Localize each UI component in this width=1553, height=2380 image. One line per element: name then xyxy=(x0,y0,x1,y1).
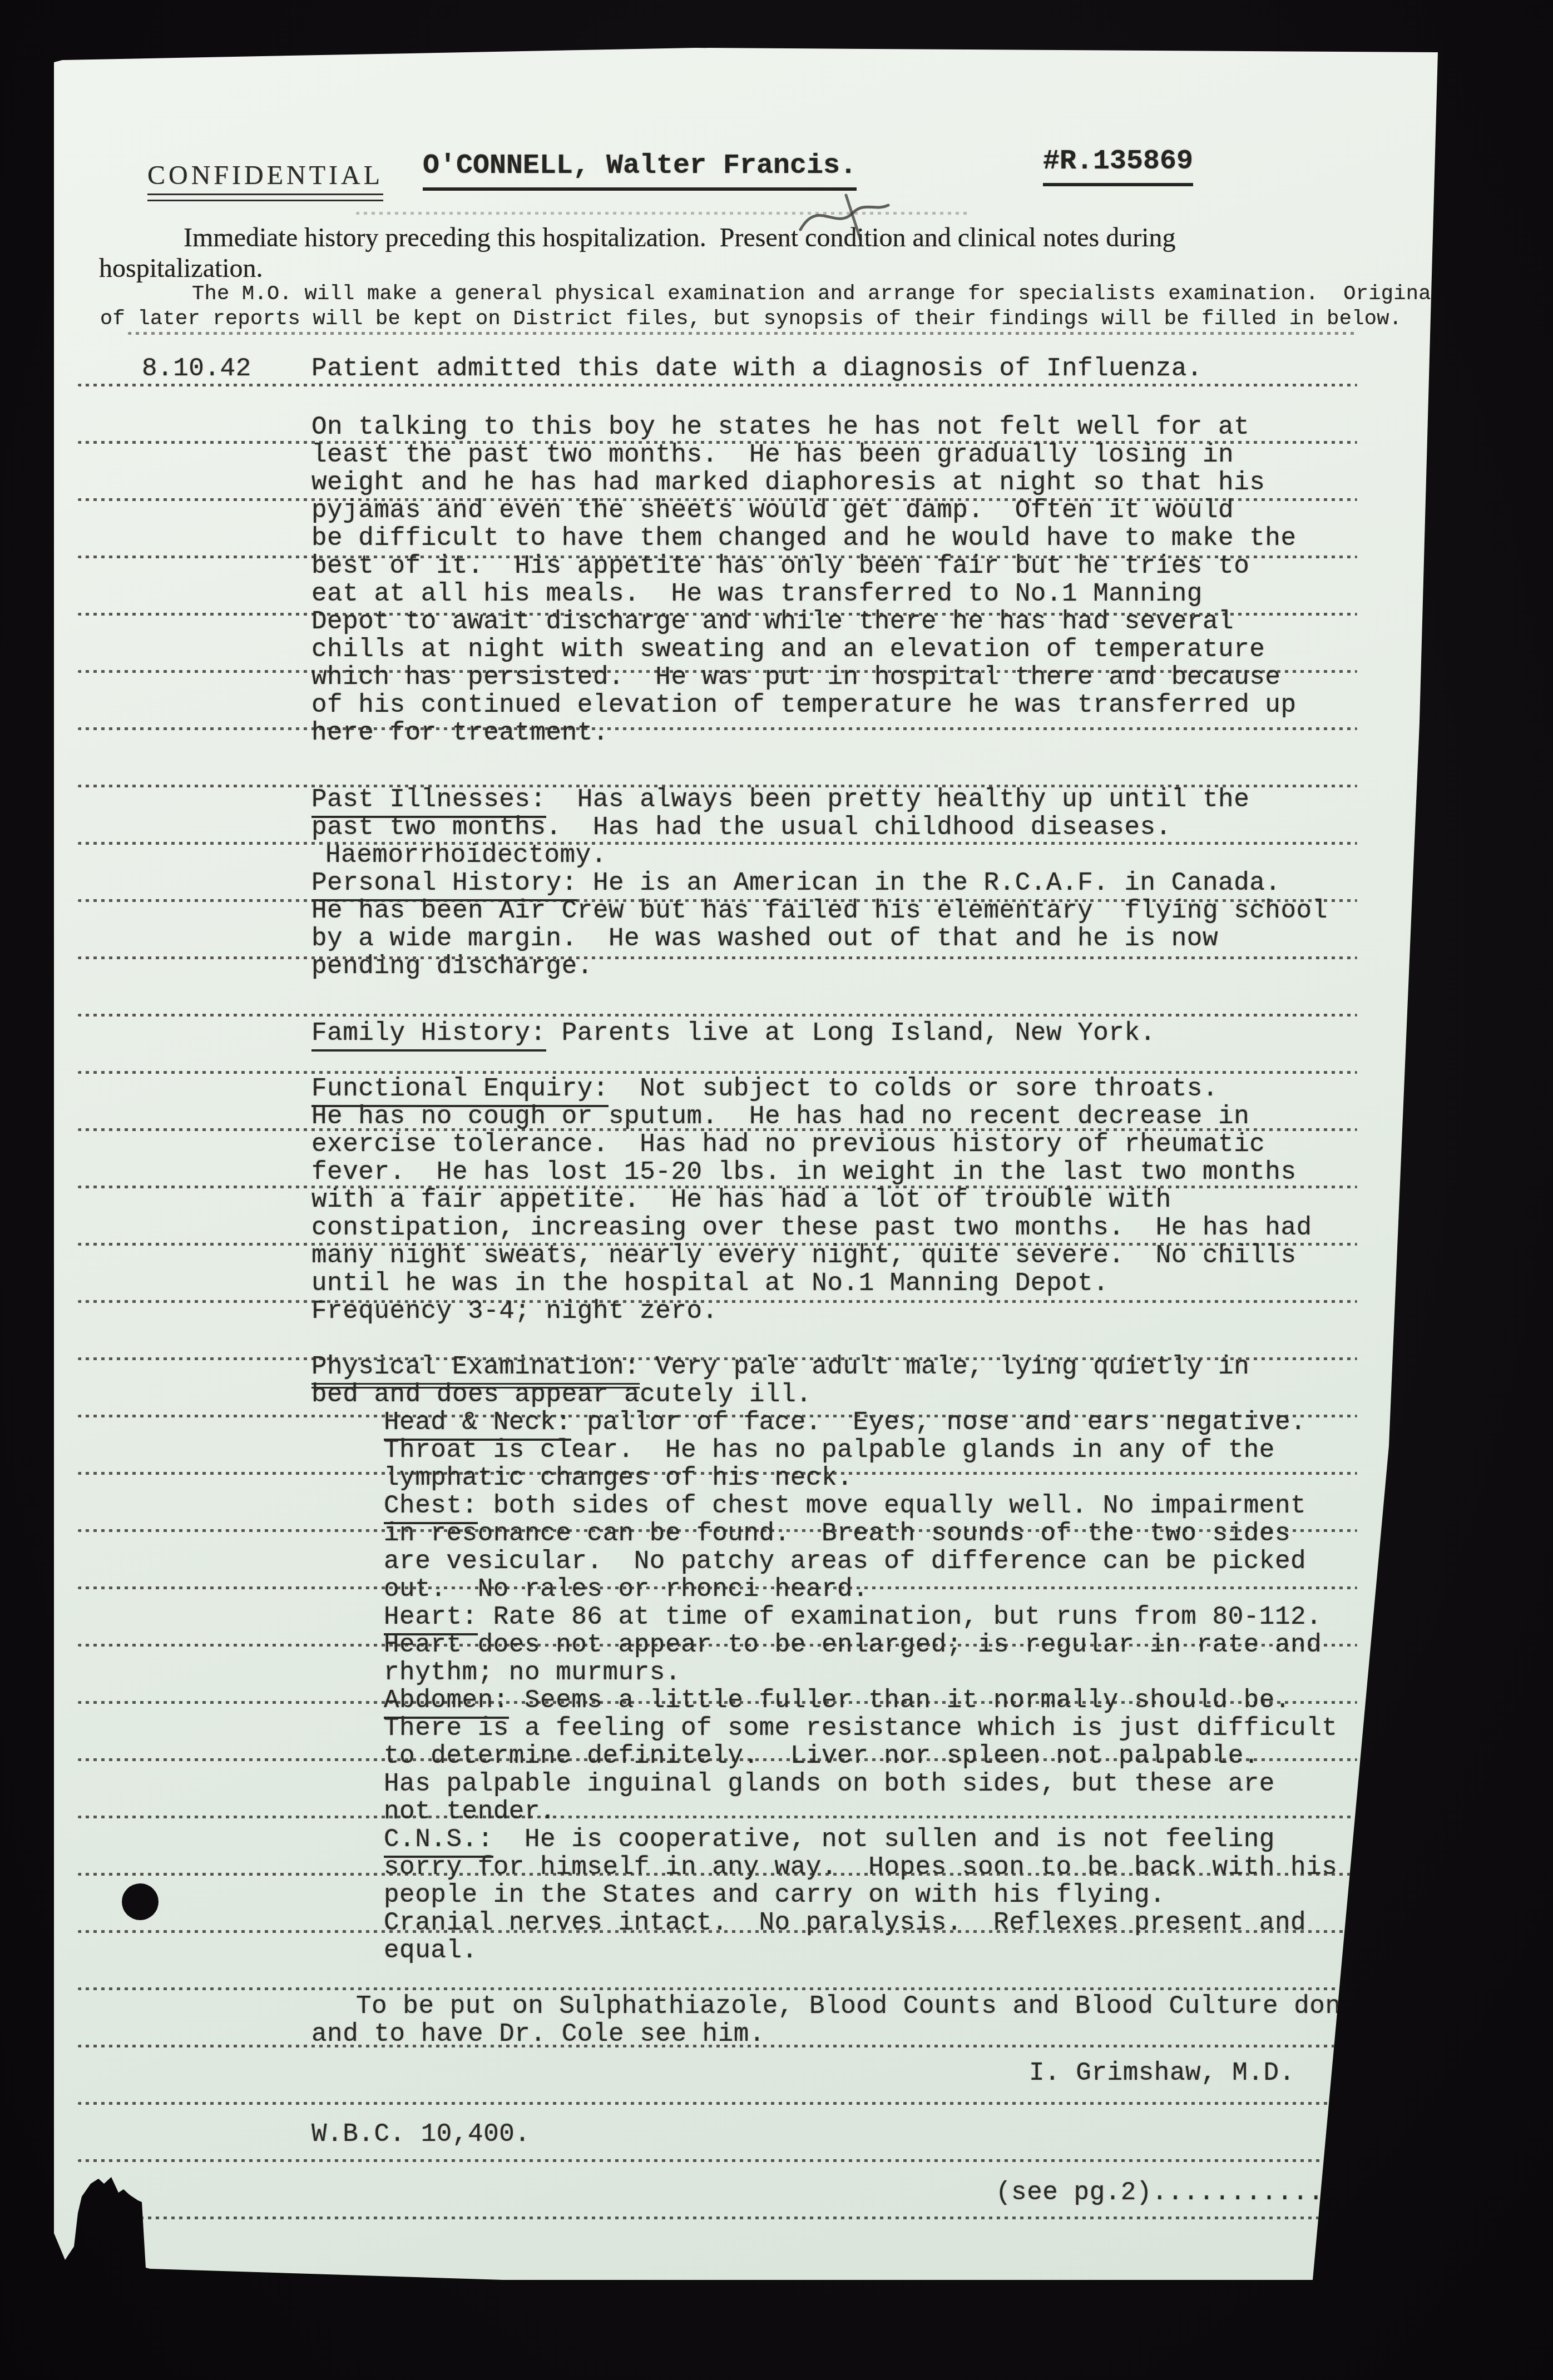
typed-line-text: Seems a little fuller than it normally s… xyxy=(509,1686,1290,1715)
typed-line: Has palpable inguinal glands on both sid… xyxy=(384,1771,1275,1797)
typed-line-text: Frequency 3-4; night zero. xyxy=(311,1297,718,1326)
dotted-rule xyxy=(78,2217,1357,2219)
typed-line: out. No rales or rhonci heard. xyxy=(384,1576,868,1602)
typed-line: He has no cough or sputum. He has had no… xyxy=(311,1104,1249,1129)
typed-line: Physical Examination: Very pale adult ma… xyxy=(311,1354,1249,1380)
typed-line-text: Very pale adult male, lying quietly in xyxy=(640,1352,1249,1381)
typed-line-text: with a fair appetite. He has had a lot o… xyxy=(311,1186,1171,1214)
typed-line: exercise tolerance. Has had no previous … xyxy=(311,1132,1265,1157)
typed-line-text: Cranial nerves intact. No paralysis. Ref… xyxy=(384,1908,1306,1937)
dotted-rule xyxy=(78,1816,1357,1818)
typed-line: On talking to this boy he states he has … xyxy=(311,414,1249,440)
typed-line: to determine definitely. Liver nor splee… xyxy=(384,1743,1259,1769)
typed-line-text: past two months. Has had the usual child… xyxy=(311,813,1171,842)
classification-label: CONFIDENTIAL xyxy=(147,160,383,201)
typed-line-text: Depot to await discharge and while there… xyxy=(311,607,1234,636)
patient-name: O'CONNELL, Walter Francis. xyxy=(423,150,857,191)
typed-line-text: fever. He has lost 15-20 lbs. in weight … xyxy=(311,1158,1297,1187)
typed-line-text: until he was in the hospital at No.1 Man… xyxy=(311,1269,1109,1298)
typed-line: least the past two months. He has been g… xyxy=(311,442,1234,468)
typed-line: There is a feeling of some resistance wh… xyxy=(384,1715,1337,1741)
dotted-rule xyxy=(78,842,1357,845)
typed-line: bed and does appear acutely ill. xyxy=(311,1382,812,1407)
typed-line-text: Has palpable inguinal glands on both sid… xyxy=(384,1769,1275,1798)
typed-line-text: constipation, increasing over these past… xyxy=(311,1213,1312,1242)
typed-line-text: pending discharge. xyxy=(311,952,593,981)
typed-line-text: in resonance can be found. Breath sounds… xyxy=(384,1519,1290,1548)
typed-line-text: not tender. xyxy=(384,1797,556,1826)
typed-line-text: sorry for himself in any way. Hopes soon… xyxy=(384,1853,1337,1882)
typed-line-text: many night sweats, nearly every night, q… xyxy=(311,1241,1297,1270)
typed-line: here for treatment. xyxy=(311,720,609,746)
typed-line: are vesicular. No patchy areas of differ… xyxy=(384,1549,1306,1574)
typed-line: 8.10.42 xyxy=(142,356,251,381)
typed-line: best of it. His appetite has only been f… xyxy=(311,553,1249,579)
typed-line-text: and to have Dr. Cole see him. xyxy=(311,2020,765,2049)
typed-line: Family History: Parents live at Long Isl… xyxy=(311,1020,1156,1046)
typed-line: rhythm; no murmurs. xyxy=(384,1660,681,1685)
typed-line-text: rhythm; no murmurs. xyxy=(384,1658,681,1687)
typed-line: of his continued elevation of temperatur… xyxy=(311,692,1297,718)
section-heading: Family History: xyxy=(311,1019,546,1052)
typed-line: Patient admitted this date with a diagno… xyxy=(311,356,1203,381)
typed-line-text: Haemorrhoidectomy. xyxy=(325,841,607,870)
typed-line: He has been Air Crew but has failed his … xyxy=(311,898,1328,924)
typed-line-text: of his continued elevation of temperatur… xyxy=(311,691,1297,720)
dotted-rule xyxy=(78,384,1357,386)
typed-line-text: Parents live at Long Island, New York. xyxy=(546,1019,1156,1048)
dotted-rule xyxy=(78,2159,1357,2162)
typed-line: be difficult to have them changed and he… xyxy=(311,525,1297,551)
typed-line-text: Throat is clear. He has no palpable glan… xyxy=(384,1436,1275,1465)
typed-line: To be put on Sulphathiazole, Blood Count… xyxy=(356,1994,1357,2019)
typed-line: not tender. xyxy=(384,1799,556,1824)
typed-line-text: Patient admitted this date with a diagno… xyxy=(311,354,1203,383)
typed-line: Chest: both sides of chest move equally … xyxy=(384,1493,1306,1519)
form-instruction-line-4: of later reports will be kept on Distric… xyxy=(100,308,1402,331)
typed-line: with a fair appetite. He has had a lot o… xyxy=(311,1187,1171,1213)
typed-line-text: least the past two months. He has been g… xyxy=(311,440,1234,469)
typed-line-text: Rate 86 at time of examination, but runs… xyxy=(478,1603,1322,1632)
file-number: #R.135869 xyxy=(1043,146,1193,186)
typed-line: Past Illnesses: Has always been pretty h… xyxy=(311,787,1249,812)
typed-line: Heart: Rate 86 at time of examination, b… xyxy=(384,1604,1322,1630)
typed-line: pending discharge. xyxy=(311,954,593,979)
dotted-rule xyxy=(78,956,1357,959)
typed-line-text: pyjamas and even the sheets would get da… xyxy=(311,496,1234,525)
typed-line-text: to determine definitely. Liver nor splee… xyxy=(384,1742,1259,1771)
typed-line-text: people in the States and carry on with h… xyxy=(384,1881,1165,1910)
dotted-rule xyxy=(128,332,1357,335)
typed-line: Heart does not appear to be enlarged; is… xyxy=(384,1632,1322,1658)
typed-line-text: pallor of face. Eyes, nose and ears nega… xyxy=(571,1408,1306,1437)
typed-line-text: by a wide margin. He was washed out of t… xyxy=(311,924,1218,953)
dotted-rule xyxy=(78,2102,1357,2105)
typed-line-text: Has always been pretty healthy up until … xyxy=(546,785,1250,814)
typed-line-text: exercise tolerance. Has had no previous … xyxy=(311,1130,1265,1159)
typed-line-text: best of it. His appetite has only been f… xyxy=(311,552,1249,581)
typed-line: C.N.S.: He is cooperative, not sullen an… xyxy=(384,1827,1275,1852)
typed-line: many night sweats, nearly every night, q… xyxy=(311,1243,1297,1268)
typed-line-text: W.B.C. 10,400. xyxy=(311,2120,530,2149)
typed-line: sorry for himself in any way. Hopes soon… xyxy=(384,1855,1337,1880)
typed-line-text: weight and he has had marked diaphoresis… xyxy=(311,468,1265,497)
typed-line: Personal History: He is an American in t… xyxy=(311,870,1280,896)
typed-line: Functional Enquiry: Not subject to colds… xyxy=(311,1076,1218,1102)
typed-line: people in the States and carry on with h… xyxy=(384,1882,1165,1908)
typed-line-text: equal. xyxy=(384,1936,478,1965)
dotted-rule xyxy=(78,1014,1357,1017)
typed-line: I. Grimshaw, M.D. xyxy=(1029,2060,1295,2086)
typed-line-text: I. Grimshaw, M.D. xyxy=(1029,2059,1295,2088)
typed-line-text: be difficult to have them changed and he… xyxy=(311,524,1297,553)
form-instruction-line-3: The M.O. will make a general physical ex… xyxy=(192,282,1456,306)
typed-line-text: Not subject to colds or sore throats. xyxy=(609,1074,1218,1103)
typed-line-text: lymphatic changes of his neck. xyxy=(384,1464,853,1493)
typed-line: Frequency 3-4; night zero. xyxy=(311,1298,718,1324)
form-instruction-line-1: Immediate history preceding this hospita… xyxy=(184,222,1176,253)
typed-line-text: which has persisted. He was put in hospi… xyxy=(311,663,1280,692)
typed-line: in resonance can be found. Breath sounds… xyxy=(384,1521,1290,1546)
form-instruction-line-2: hospitalization. xyxy=(99,253,263,284)
typed-line-text: are vesicular. No patchy areas of differ… xyxy=(384,1547,1306,1576)
typed-line: (see pg.2)............... xyxy=(996,2180,1387,2205)
typed-line-text: chills at night with sweating and an ele… xyxy=(311,635,1265,664)
typed-line-text: here for treatment. xyxy=(311,718,609,747)
photo-background: CONFIDENTIAL O'CONNELL, Walter Francis. … xyxy=(0,0,1553,2380)
typed-line: Throat is clear. He has no palpable glan… xyxy=(384,1437,1275,1463)
typed-line-text: He has been Air Crew but has failed his … xyxy=(311,896,1328,925)
typed-line: and to have Dr. Cole see him. xyxy=(311,2021,765,2047)
dotted-rule xyxy=(78,1987,1357,1990)
typed-line: Depot to await discharge and while there… xyxy=(311,609,1234,634)
typed-line: Head & Neck: pallor of face. Eyes, nose … xyxy=(384,1410,1306,1435)
typed-line: lymphatic changes of his neck. xyxy=(384,1465,853,1491)
typed-line-text: There is a feeling of some resistance wh… xyxy=(384,1714,1337,1743)
typed-line: Abdomen: Seems a little fuller than it n… xyxy=(384,1688,1290,1713)
typed-line: eat at all his meals. He was transferred… xyxy=(311,581,1203,607)
typed-line-text: He has no cough or sputum. He has had no… xyxy=(311,1102,1249,1131)
typed-line: pyjamas and even the sheets would get da… xyxy=(311,498,1234,523)
typed-line-text: both sides of chest move equally well. N… xyxy=(478,1491,1307,1520)
dotted-rule xyxy=(78,1071,1357,1074)
typed-line: by a wide margin. He was washed out of t… xyxy=(311,926,1218,951)
typed-line: weight and he has had marked diaphoresis… xyxy=(311,470,1265,495)
typed-line: constipation, increasing over these past… xyxy=(311,1215,1312,1241)
typed-line-text: To be put on Sulphathiazole, Blood Count… xyxy=(356,1992,1357,2021)
typed-line: chills at night with sweating and an ele… xyxy=(311,637,1265,662)
typed-line: Haemorrhoidectomy. xyxy=(325,842,607,868)
dotted-rule xyxy=(78,727,1357,730)
typed-line: equal. xyxy=(384,1938,478,1963)
typed-line-text: Heart does not appear to be enlarged; is… xyxy=(384,1630,1322,1659)
typed-line-text: On talking to this boy he states he has … xyxy=(311,413,1249,442)
typed-line: Cranial nerves intact. No paralysis. Ref… xyxy=(384,1910,1306,1936)
typed-line-text: 8.10.42 xyxy=(142,354,251,383)
typed-line-text: He is cooperative, not sullen and is not… xyxy=(493,1825,1275,1854)
hole-punch xyxy=(122,1883,159,1920)
typed-line: until he was in the hospital at No.1 Man… xyxy=(311,1271,1109,1296)
typed-line-text: out. No rales or rhonci heard. xyxy=(384,1575,868,1604)
typed-line-text: (see pg.2)............... xyxy=(996,2178,1387,2207)
typed-line-text: bed and does appear acutely ill. xyxy=(311,1380,812,1409)
document-sheet: CONFIDENTIAL O'CONNELL, Walter Francis. … xyxy=(54,48,1441,2313)
sheet-content: CONFIDENTIAL O'CONNELL, Walter Francis. … xyxy=(0,0,1553,2380)
typed-line-text: eat at all his meals. He was transferred… xyxy=(311,579,1203,608)
typed-line-text: He is an American in the R.C.A.F. in Can… xyxy=(577,869,1281,898)
typed-line: fever. He has lost 15-20 lbs. in weight … xyxy=(311,1159,1297,1185)
typed-line: which has persisted. He was put in hospi… xyxy=(311,665,1280,690)
typed-line: W.B.C. 10,400. xyxy=(311,2121,530,2147)
typed-line: past two months. Has had the usual child… xyxy=(311,815,1171,840)
